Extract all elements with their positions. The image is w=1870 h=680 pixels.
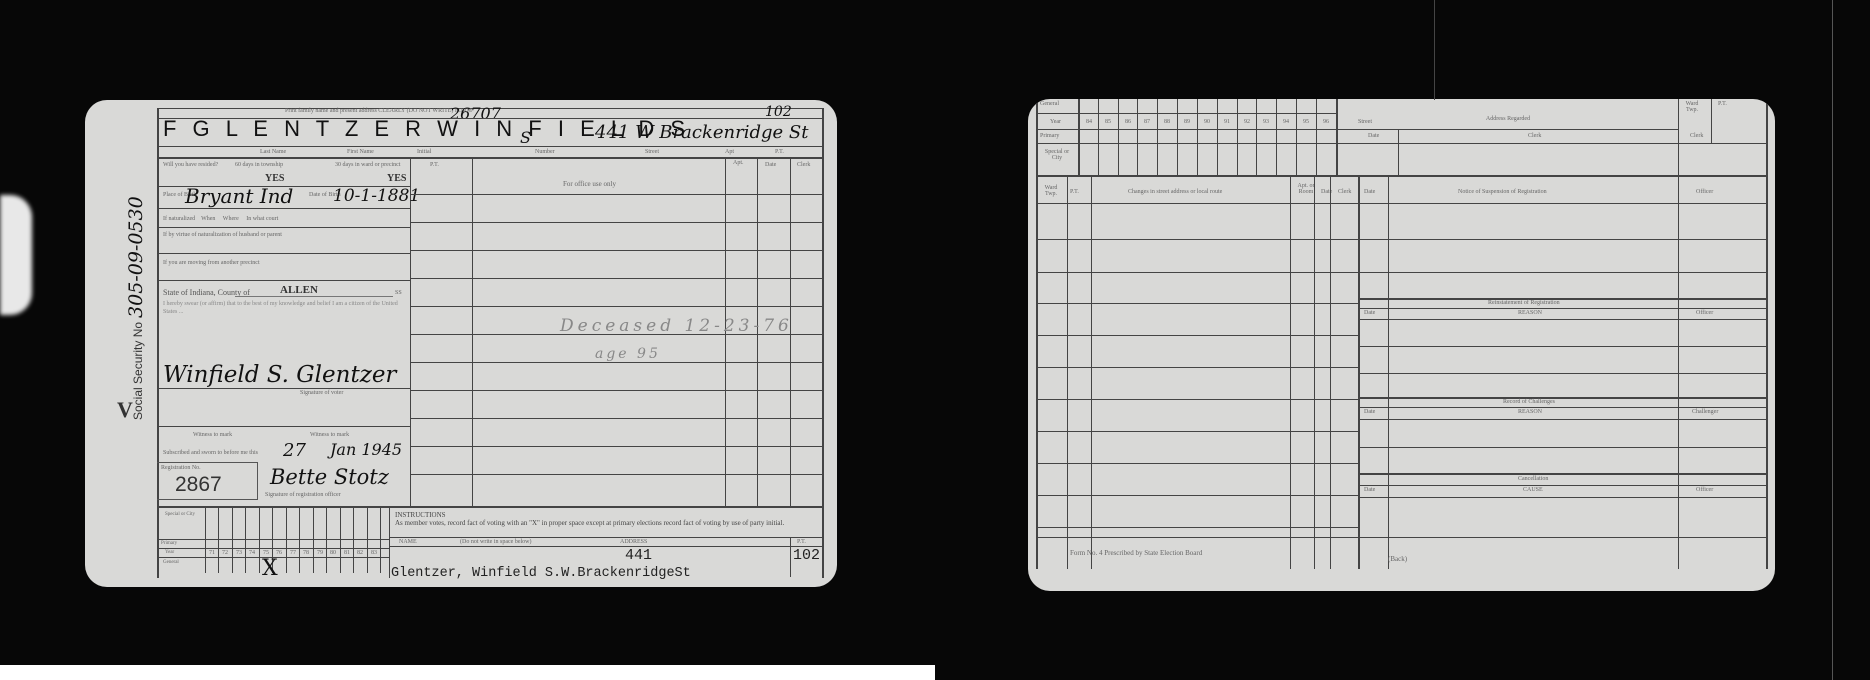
back-year-cell: 90	[1198, 119, 1216, 125]
susp-col-date: Date	[1364, 189, 1375, 195]
vr-primary: Primary	[161, 541, 177, 546]
reinstatement-title: Reinstatement of Registration	[1488, 300, 1560, 306]
back-general: General	[1040, 101, 1059, 107]
margin-mark: V	[117, 397, 133, 423]
signature-label: Signature of voter	[300, 390, 343, 396]
ss: SS	[395, 290, 402, 296]
registration-box: Registration No. 2867	[157, 462, 258, 500]
back-street-label: Street	[1358, 119, 1372, 125]
chal-col-challenger: Challenger	[1692, 409, 1718, 415]
subscribed-label: Subscribed and sworn to before me this	[163, 450, 258, 456]
vr-general: General	[163, 560, 179, 565]
back-year-cell: 95	[1297, 119, 1315, 125]
witness-2: Witness to mark	[310, 432, 349, 438]
chal-col-date: Date	[1364, 409, 1375, 415]
office-col-date: Date	[765, 162, 776, 168]
nat-where: Where	[223, 216, 239, 222]
office-col-main: For office use only	[563, 180, 616, 188]
ssn-label: Social Security No	[131, 322, 145, 420]
date-of-birth: 10-1-1881	[333, 186, 420, 206]
back-year-cell: 87	[1138, 119, 1156, 125]
changes-col-pt: P.T.	[1070, 189, 1079, 195]
back-year-cell: 96	[1317, 119, 1335, 125]
vr-year-cell: 78	[300, 550, 312, 556]
subscribed-date: Jan 1945	[330, 440, 402, 459]
vr-year-cell: 79	[314, 550, 326, 556]
vote-mark: X	[262, 556, 278, 581]
reinst-col-date: Date	[1364, 310, 1375, 316]
nat-by-label: If by virtue of naturalization of husban…	[163, 232, 403, 238]
changes-col-address: Changes in street address or local route	[1128, 189, 1222, 195]
label-first-name: First Name	[347, 149, 374, 155]
back-clerk-label: Clerk	[1528, 133, 1541, 139]
footer-address-label: ADDRESS	[620, 539, 647, 545]
label-apt: Apt	[725, 149, 734, 155]
deceased-age: age 95	[595, 346, 661, 362]
back-address-regarded: Address Regarded	[1483, 116, 1533, 122]
back-year-cell: 84	[1080, 119, 1098, 125]
witness-1: Witness to mark	[193, 432, 232, 438]
back-year: Year	[1050, 119, 1061, 125]
back-pt-label: P.T.	[1718, 101, 1727, 107]
chal-col-reason: REASON	[1518, 409, 1542, 415]
footer-name-note: (Do not write in space below)	[460, 539, 531, 545]
scan-line	[1832, 0, 1833, 680]
instructions-text: As member votes, record fact of voting w…	[395, 519, 815, 527]
back-special: Special or City	[1042, 149, 1072, 161]
office-col-apt: Apt.	[733, 160, 744, 166]
label-street: Street	[645, 149, 659, 155]
back-year-cell: 86	[1119, 119, 1137, 125]
canc-col-date: Date	[1364, 487, 1375, 493]
oath-text: I hereby swear (or affirm) that to the b…	[163, 300, 403, 316]
changes-col-clerk: Clerk	[1338, 189, 1351, 195]
voter-signature: Winfield S. Glentzer	[163, 362, 396, 388]
cancellation-title: Cancellation	[1518, 476, 1548, 482]
reinst-col-reason: REASON	[1518, 310, 1542, 316]
vr-year-cell: 83	[368, 550, 380, 556]
place-of-birth: Bryant Ind	[185, 184, 293, 208]
reg-no-label: Registration No.	[161, 465, 201, 471]
number-field: S	[520, 128, 531, 147]
canc-col-cause: CAUSE	[1523, 487, 1543, 493]
reinst-col-officer: Officer	[1696, 310, 1713, 316]
vr-year-cell: 81	[341, 550, 353, 556]
nat-court: In what court	[246, 216, 278, 222]
label-initial: Initial	[417, 149, 431, 155]
ssn-value: 305-09-0530	[125, 196, 147, 318]
county: ALLEN	[280, 284, 318, 296]
vr-year: Year	[165, 550, 174, 555]
nat-when: When	[201, 216, 215, 222]
card-back: General Year Primary Special or City 84 …	[1028, 99, 1775, 591]
q2: 60 days in township	[235, 162, 283, 168]
back-ward-label: Ward Twp.	[1682, 101, 1702, 113]
light-glare	[0, 195, 32, 315]
label-pct: P.T.	[775, 149, 784, 155]
back-date-label: Date	[1368, 133, 1379, 139]
white-margin-band	[0, 665, 935, 680]
label-last-name: Last Name	[260, 149, 286, 155]
q1: Will you have resided?	[163, 162, 218, 168]
back-year-cell: 91	[1218, 119, 1236, 125]
back-clerk-label-2: Clerk	[1690, 133, 1703, 139]
office-col-pt: P.T.	[430, 162, 439, 168]
back-year-grid: 84 85 86 87 88 89 90 91 92 93 94 95 96	[1078, 99, 1336, 176]
back-year-cell: 89	[1178, 119, 1196, 125]
registrar-signature: Bette Stotz	[270, 465, 389, 489]
deceased-note: Deceased 12-23-76	[560, 316, 793, 336]
back-footer-form: Form No. 4 Prescribed by State Election …	[1070, 549, 1202, 557]
vr-year-cell: 82	[354, 550, 366, 556]
voting-record-grid: Special or City Primary Year General 71 …	[157, 508, 389, 578]
changes-col-ward: Ward Twp.	[1040, 185, 1062, 197]
label-number: Number	[535, 149, 555, 155]
subscribed-day: 27	[283, 440, 306, 461]
vr-year-cell: 71	[206, 550, 218, 556]
footer-pct-label: P.T.	[797, 539, 806, 545]
back-footer-side: (Back)	[1388, 555, 1407, 563]
vr-year-cell: 80	[327, 550, 339, 556]
footer-name-label: NAME	[399, 539, 417, 545]
back-year-cell: 88	[1158, 119, 1176, 125]
back-year-cell: 94	[1277, 119, 1295, 125]
vr-year-cell: 74	[246, 550, 258, 556]
former-label: If you are moving from another precinct	[163, 260, 403, 266]
challenges-title: Record of Challenges	[1503, 399, 1555, 405]
typed-name-address: Glentzer, Winfield S.W.BrackenridgeSt	[391, 566, 691, 581]
footer-precinct: 102	[793, 547, 820, 564]
back-year-cell: 85	[1099, 119, 1117, 125]
vr-year-cell: 73	[233, 550, 245, 556]
q3: 30 days in ward or precinct	[335, 162, 400, 168]
back-year-cell: 93	[1257, 119, 1275, 125]
card-front: Social Security No 305-09-0530 V Print f…	[85, 100, 837, 587]
q3-answer: YES	[387, 173, 406, 184]
side-ssn: Social Security No 305-09-0530	[125, 196, 147, 420]
footer-address-number: 441	[625, 547, 652, 564]
vr-special: Special or City	[165, 512, 195, 517]
vr-year-cell: 72	[219, 550, 231, 556]
back-year-cell: 92	[1238, 119, 1256, 125]
office-col-clerk: Clerk	[797, 162, 810, 168]
scan-line	[1434, 0, 1435, 100]
vr-year-cell: 77	[287, 550, 299, 556]
q2-answer: YES	[265, 173, 284, 184]
susp-col-notice: Notice of Suspension of Registration	[1458, 189, 1547, 195]
back-primary: Primary	[1040, 133, 1059, 139]
nat-label: If naturalized	[163, 216, 195, 222]
header-instruction: Print family name and present address CL…	[285, 108, 472, 114]
susp-col-officer: Officer	[1696, 189, 1713, 195]
canc-col-officer: Officer	[1696, 487, 1713, 493]
street-handwritten: 441 W Brackenridge St	[595, 122, 808, 143]
registrar-label: Signature of registration officer	[265, 492, 341, 498]
registration-number: 2867	[175, 473, 222, 497]
instructions-title: INSTRUCTIONS	[395, 511, 446, 519]
